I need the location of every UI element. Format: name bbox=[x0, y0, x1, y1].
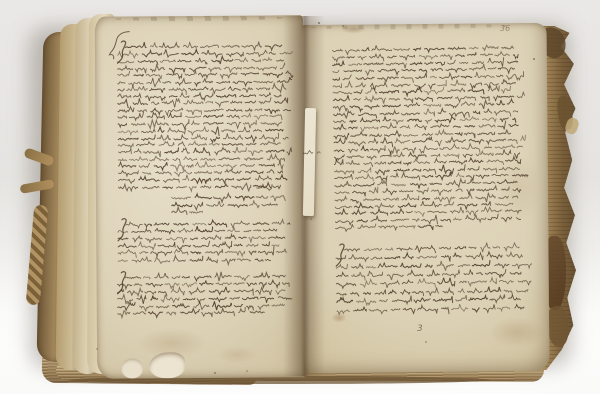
gutter-marginal-note bbox=[303, 150, 320, 153]
handwriting-layer bbox=[0, 0, 600, 394]
right-page-text bbox=[301, 43, 532, 316]
indented-clause bbox=[172, 193, 286, 215]
left-page-text bbox=[109, 30, 295, 318]
quire-mark: 3 bbox=[417, 324, 423, 334]
photo-backdrop: 36 3 bbox=[0, 0, 600, 394]
main-paragraph bbox=[332, 43, 529, 232]
folio-number: 36 bbox=[500, 24, 510, 33]
ink-speckles bbox=[0, 0, 2, 2]
second-paragraph bbox=[336, 241, 533, 316]
second-paragraph bbox=[118, 217, 290, 265]
main-paragraph bbox=[117, 40, 294, 193]
third-paragraph bbox=[117, 270, 292, 318]
